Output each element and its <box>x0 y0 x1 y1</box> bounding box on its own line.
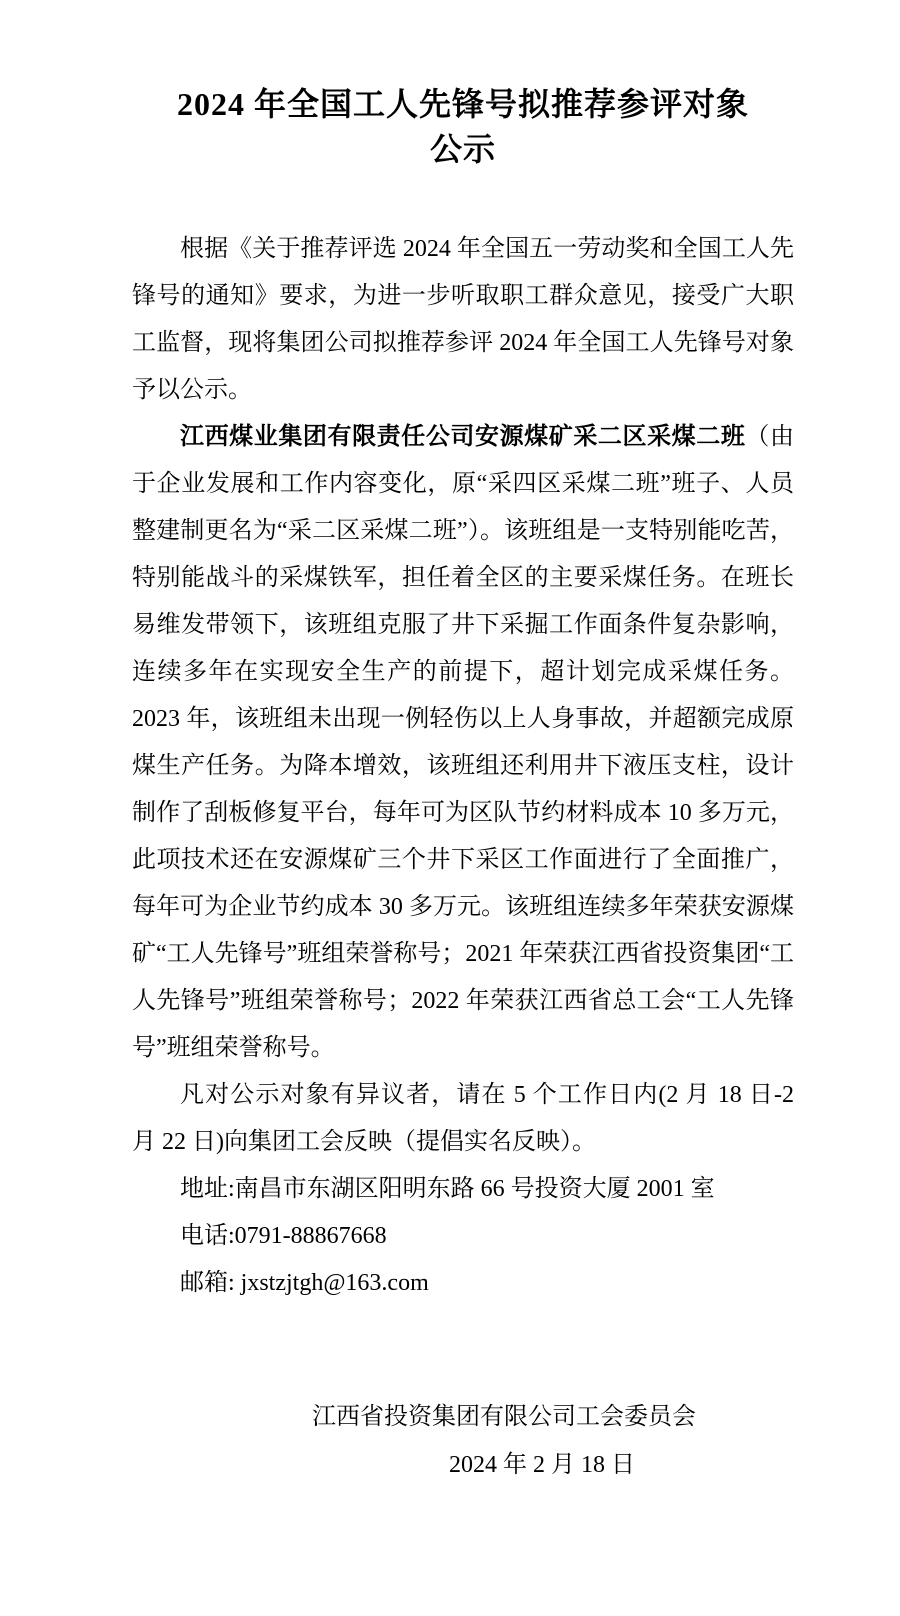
contact-address: 地址:南昌市东湖区阳明东路 66 号投资大厦 2001 室 <box>132 1166 794 1213</box>
document-body: 根据《关于推荐评选 2024 年全国五一劳动奖和全国工人先锋号的通知》要求，为进… <box>132 226 794 1307</box>
document-title-line-2: 公示 <box>132 127 794 172</box>
paragraph-intro: 根据《关于推荐评选 2024 年全国五一劳动奖和全国工人先锋号的通知》要求，为进… <box>132 226 794 414</box>
candidate-description: （由于企业发展和工作内容变化，原“采四区采煤二班”班子、人员整建制更名为“采二区… <box>132 424 794 1061</box>
document-title: 2024 年全国工人先锋号拟推荐参评对象 公示 <box>132 82 794 172</box>
paragraph-candidate: 江西煤业集团有限责任公司安源煤矿采二区采煤二班（由于企业发展和工作内容变化，原“… <box>132 414 794 1072</box>
document-page: 2024 年全国工人先锋号拟推荐参评对象 公示 根据《关于推荐评选 2024 年… <box>0 0 900 1616</box>
issuer-signature: 江西省投资集团有限公司工会委员会 <box>173 1393 835 1441</box>
document-title-line-1: 2024 年全国工人先锋号拟推荐参评对象 <box>132 82 794 127</box>
paragraph-objection-notice: 凡对公示对象有异议者，请在 5 个工作日内(2 月 18 日-2 月 22 日)… <box>132 1072 794 1166</box>
candidate-name-bold: 江西煤业集团有限责任公司安源煤矿采二区采煤二班 <box>180 424 745 450</box>
document-footer: 江西省投资集团有限公司工会委员会 2024 年 2 月 18 日 <box>132 1393 794 1489</box>
issue-date: 2024 年 2 月 18 日 <box>211 1441 873 1489</box>
contact-phone: 电话:0791-88867668 <box>132 1213 794 1260</box>
contact-email: 邮箱: jxstzjtgh@163.com <box>132 1260 794 1307</box>
